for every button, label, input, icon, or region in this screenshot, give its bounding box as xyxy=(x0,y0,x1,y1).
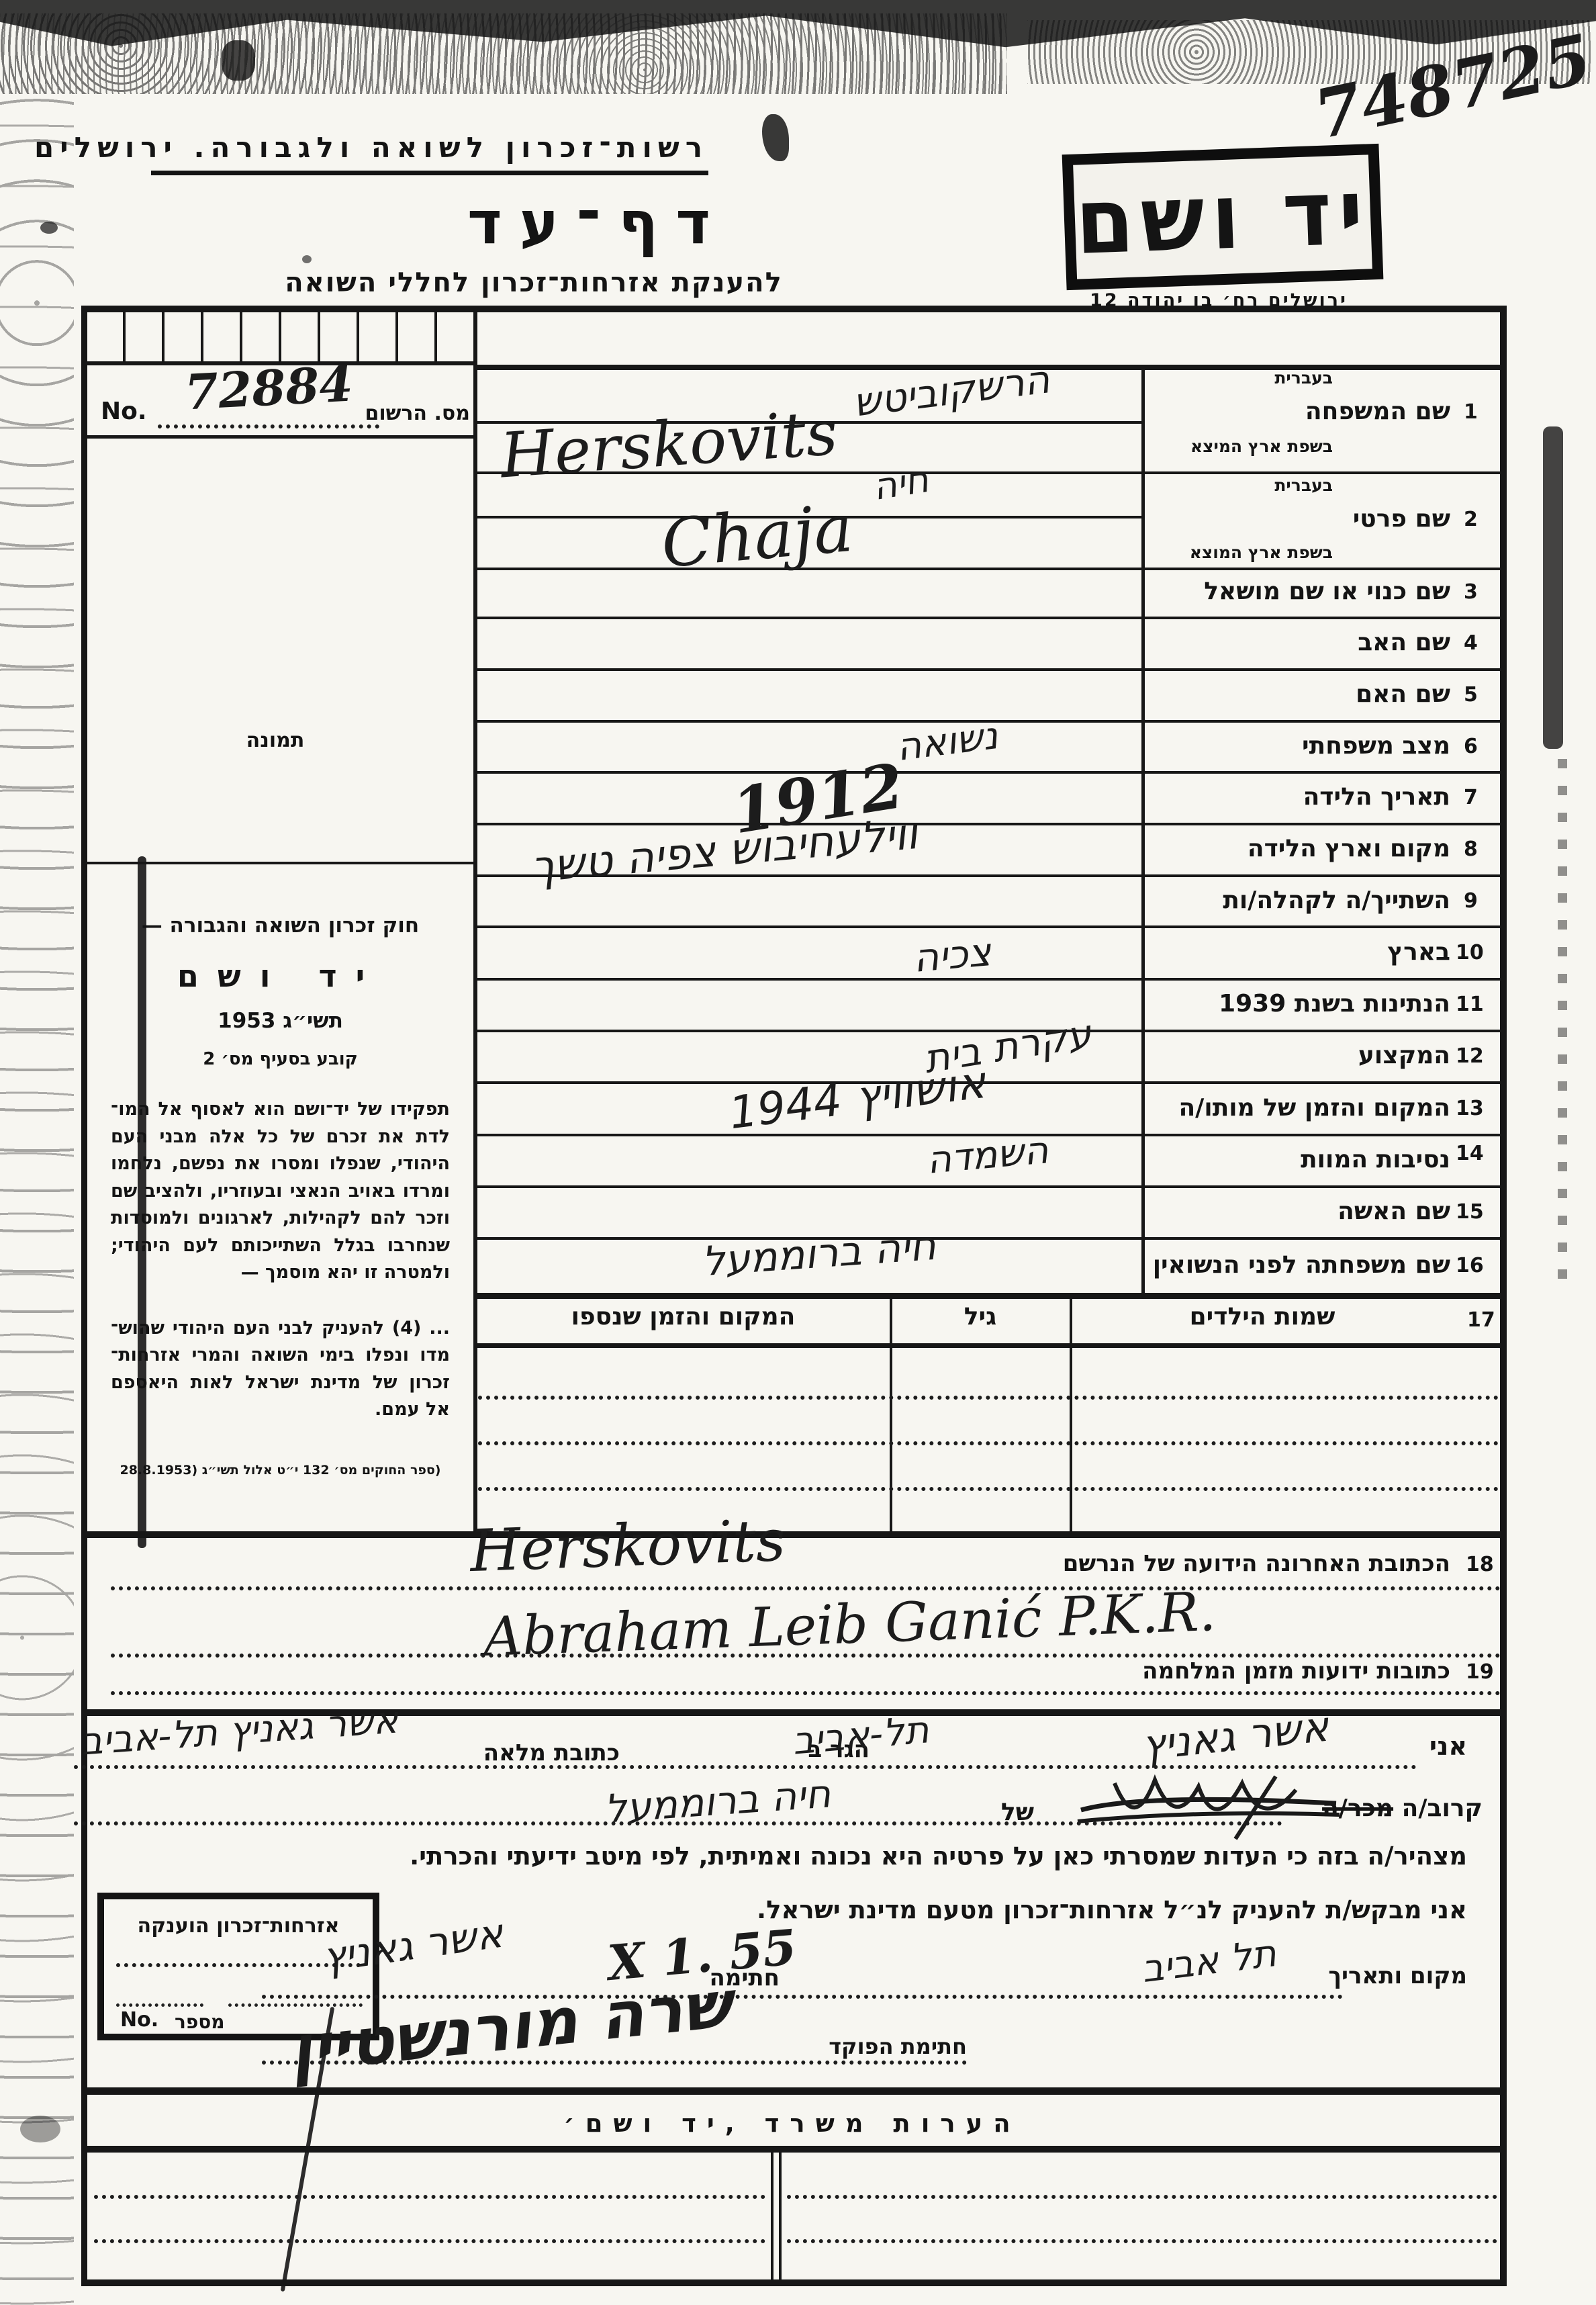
children-names-header: שמות הילדים xyxy=(1074,1303,1450,1330)
relation-label: קרוב/ה מכר/ה xyxy=(1322,1795,1483,1822)
scan-noise xyxy=(0,13,1007,94)
field-7-label: תאריך הלידה xyxy=(1303,783,1450,811)
children-table-top-border xyxy=(476,1293,1500,1299)
scan-noise xyxy=(302,255,312,263)
field-9-number: 9 xyxy=(1464,889,1478,913)
law-sidebar: חוק זכרון השואה והגבורה — יד ושם תשי״ג 1… xyxy=(111,913,450,1478)
field-7-number: 7 xyxy=(1464,786,1478,809)
field-10-label: בארץ xyxy=(1387,938,1450,966)
field-9-label: השתייך/ה לקהלה/ות xyxy=(1223,887,1450,914)
field-18-label: הכתובת האחרונה הידועה של הנרשם xyxy=(1063,1550,1450,1577)
notes-row-line xyxy=(787,2195,1497,2199)
children-table-number: 17 xyxy=(1467,1308,1495,1332)
field-8-label: מקום וארץ הלידה xyxy=(1248,835,1450,862)
field-13-label: המקום והזמן של מותו/ה xyxy=(1178,1094,1450,1122)
row-line xyxy=(476,1237,1500,1240)
strip-divider xyxy=(279,310,281,361)
field-13-number: 13 xyxy=(1456,1097,1484,1120)
row-line xyxy=(476,568,1500,570)
declaration-request: אני מבקש/ת להעניק לנ״ל אזרחות־זכרון מטעם… xyxy=(757,1895,1467,1924)
field-19-number: 19 xyxy=(1466,1660,1494,1684)
field-6-label: מצב משפחתי xyxy=(1302,732,1450,760)
law-name: יד ושם xyxy=(111,958,450,994)
place-value-handwritten: תל אביב xyxy=(1139,1932,1279,1991)
form-border-bottom xyxy=(81,2279,1507,2286)
form-title: דף־עד xyxy=(457,188,739,257)
children-table-header-line xyxy=(476,1343,1500,1348)
children-age-header: גיל xyxy=(893,1303,1068,1330)
row-line xyxy=(476,1081,1500,1084)
photo-box-label: תמונה xyxy=(222,729,329,752)
field-12-label: המקצוע xyxy=(1358,1042,1450,1069)
field-3-number: 3 xyxy=(1464,580,1478,604)
law-paragraph-2: ... (4) להעניק לבני העם היהודי שהוש־ מדו… xyxy=(111,1315,450,1424)
field-1-label: שם המשפחה xyxy=(1305,398,1450,425)
row-line xyxy=(476,771,1500,774)
full-address-value-handwritten: אשר גאניץ תל-אביב xyxy=(79,1699,400,1764)
strip-divider xyxy=(357,310,359,361)
field-11-number: 11 xyxy=(1456,993,1484,1016)
strip-divider xyxy=(240,310,242,361)
label-column-divider xyxy=(1141,365,1145,1293)
scan-noise xyxy=(0,81,74,2305)
notes-top-border xyxy=(81,2087,1506,2095)
field-5-label: שם האם xyxy=(1356,680,1450,708)
value-surname-latin: Herskovits xyxy=(498,397,840,492)
children-row-line xyxy=(478,1487,1499,1491)
value-firstname-hebrew: חיה xyxy=(870,458,931,508)
granted-box-number-label: מספר xyxy=(175,2011,225,2033)
children-table-divider xyxy=(1070,1299,1072,1531)
form-border-left xyxy=(81,306,87,2286)
place-date-label: מקום ותאריך xyxy=(1328,1962,1467,1989)
photo-box-bottom-line xyxy=(81,862,476,864)
row-line xyxy=(476,617,1500,619)
yad-vashem-logo: יד ושם xyxy=(1062,144,1384,290)
strip-divider xyxy=(434,310,437,361)
field-4-label: שם האב xyxy=(1358,629,1450,656)
law-footnote: (ספר החוקים מס׳ 132 י״ט אלול תשי״ג (28.8… xyxy=(111,1463,450,1478)
row-line xyxy=(476,978,1500,981)
value-death-place-time: אושוויץ 1944 xyxy=(726,1056,989,1139)
field-11-label: הנתינות בשנת 1939 xyxy=(1219,990,1450,1018)
scan-noise xyxy=(1558,759,1567,1296)
notes-row-line xyxy=(787,2239,1497,2243)
field-4-number: 4 xyxy=(1464,631,1478,655)
field-3-label: שם כנוי או שם מושאל xyxy=(1204,578,1450,605)
value-last-address-line1: Herskovits xyxy=(469,1507,786,1585)
notes-center-divider-2 xyxy=(779,2153,782,2280)
field-8-number: 8 xyxy=(1464,838,1478,861)
field-16-number: 16 xyxy=(1456,1254,1484,1277)
notes-row-line xyxy=(94,2239,765,2243)
left-column-divider xyxy=(473,306,477,1535)
strip-divider xyxy=(201,310,203,361)
value-maiden-name: חיה ברוממעל xyxy=(700,1222,937,1285)
full-address-label: כתובת מלאה xyxy=(483,1739,620,1766)
notes-header-border xyxy=(81,2146,1506,2153)
row-line xyxy=(476,1185,1500,1188)
resides-value-handwritten: תל-אביב xyxy=(791,1708,931,1763)
scan-noise xyxy=(40,222,58,234)
children-table-divider xyxy=(890,1299,892,1531)
granted-box-dotted-line-2 xyxy=(116,2003,203,2007)
form-border-right xyxy=(1500,306,1507,2286)
children-row-line xyxy=(478,1396,1499,1400)
declarant-dotted-line xyxy=(74,1765,1417,1769)
registration-number-value: 72884 xyxy=(183,355,355,421)
field-16-label: שם משפחתה לפני הנשואין xyxy=(1153,1251,1450,1279)
field-1-sublabel-bottom: בשפת ארץ המיצא xyxy=(1190,437,1333,456)
relation-label-part: קרוב/ה xyxy=(1402,1795,1483,1822)
law-sub: קובע בסעיף מס׳ 2 xyxy=(111,1049,450,1069)
form-border-top xyxy=(81,306,1506,312)
strip-divider xyxy=(395,310,398,361)
declarant-label: אני xyxy=(1429,1731,1467,1761)
declaration-statement: מצהיר/ה בזה כי העדות שמסרתי כאן על פרטיה… xyxy=(410,1842,1467,1870)
authority-line: רשות־זכרון לשואה ולגבורה. ירושלים xyxy=(151,131,708,175)
children-table-bottom-border xyxy=(81,1531,1506,1538)
field-6-number: 6 xyxy=(1464,735,1478,758)
field-10-number: 10 xyxy=(1456,941,1484,964)
field-1-number: 1 xyxy=(1464,400,1478,424)
clerk-signature-label: חתימת הפוקד xyxy=(829,2034,967,2059)
field-12-number: 12 xyxy=(1456,1044,1484,1068)
crossed-out-scribble xyxy=(1074,1773,1343,1840)
notes-row-line xyxy=(94,2195,765,2199)
value-birth-place: ווילעחיבוש צפיה טשך xyxy=(529,809,920,893)
law-title: חוק זכרון השואה והגבורה — xyxy=(111,913,450,938)
children-row-line xyxy=(478,1441,1499,1445)
scan-noise xyxy=(762,114,789,161)
strip-divider xyxy=(318,310,320,361)
law-paragraph-1: תפקידו של יד־ושם הוא לאסוף אל המו־ לדת א… xyxy=(111,1096,450,1287)
field-15-number: 15 xyxy=(1456,1200,1484,1224)
children-place-header: המקום והזמן שנספו xyxy=(480,1303,886,1330)
field-1-sublabel-top: בעברית xyxy=(1274,368,1333,388)
strip-divider xyxy=(162,310,165,361)
field-15-label: שם האשה xyxy=(1337,1197,1450,1225)
notes-center-divider xyxy=(771,2153,773,2280)
registration-no-label-latin: No. xyxy=(101,398,147,425)
value-country: צכיה xyxy=(911,929,992,981)
field-2-label: שם פרטי xyxy=(1353,505,1450,533)
row-19-dotted-line xyxy=(111,1691,1501,1695)
field-2-number: 2 xyxy=(1464,508,1478,531)
scanned-testimony-page: רשות־זכרון לשואה ולגבורה. ירושלים דף־עד … xyxy=(0,0,1596,2305)
granted-box-no-label: No. xyxy=(120,2008,158,2032)
value-death-circumstances: השמדה xyxy=(925,1128,1050,1183)
relation-dotted-line xyxy=(74,1821,1282,1825)
field-2-sublabel-bottom: בשפת ארץ המוצא xyxy=(1190,543,1333,562)
strip-divider xyxy=(123,310,126,361)
notes-title: הערות משרד ,יד ושם׳ xyxy=(269,2109,1316,2138)
field-2-sublabel-top: בעברית xyxy=(1274,476,1333,495)
registration-bottom-line xyxy=(81,435,476,439)
logo-text: יד ושם xyxy=(1074,159,1372,275)
row-18-dotted-line xyxy=(111,1586,1501,1590)
scan-noise xyxy=(1543,426,1563,749)
row-line xyxy=(476,925,1500,928)
field-18-number: 18 xyxy=(1466,1553,1494,1576)
scan-noise xyxy=(222,40,255,81)
registration-dotted-line xyxy=(158,424,379,428)
row-line xyxy=(476,668,1500,671)
field-14-label: נסיבות המוות xyxy=(1301,1146,1450,1173)
form-subtitle: להענקת אזרחות־זכרון לחללי השואה xyxy=(255,267,812,298)
row-line xyxy=(476,823,1500,825)
law-year: תשי״ג 1953 xyxy=(111,1009,450,1033)
scan-noise xyxy=(20,2116,60,2142)
registration-no-label-he: מס. הרשום xyxy=(365,402,470,425)
field-14-number: 14 xyxy=(1456,1142,1484,1165)
field-19-label: כתובות ידועות מזמן המלחמה xyxy=(1142,1658,1450,1684)
field-5-number: 5 xyxy=(1464,683,1478,707)
